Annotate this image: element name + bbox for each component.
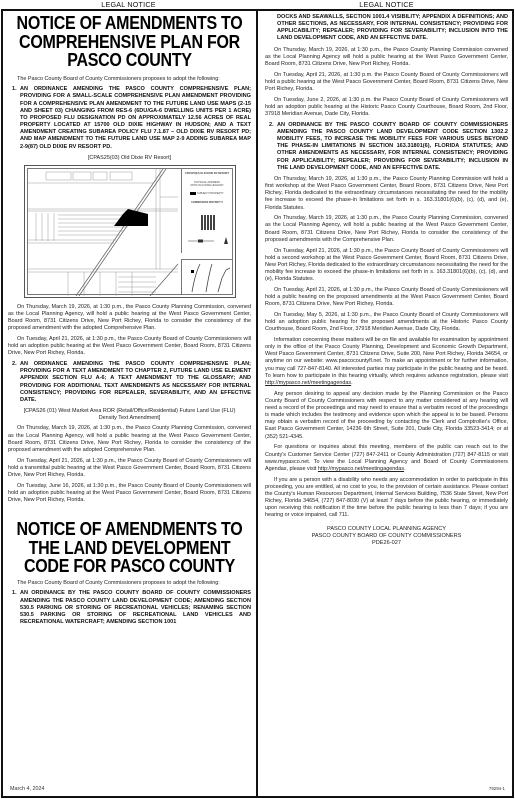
left-column: NOTICE OF AMENDMENTS TO COMPREHENSIVE PL… — [8, 12, 251, 782]
legal-notice-header-right: LEGAL NOTICE — [258, 0, 515, 9]
ldc-1-hearing-1: On Thursday, March 19, 2026, at 1:30 p.m… — [265, 47, 508, 68]
legal-notice-header-left: LEGAL NOTICE — [0, 0, 257, 9]
subject-property-map: CPAS25(03) OLD DIXIE RV RESORT PHYSICAL … — [24, 165, 236, 298]
ldc-ordinance-1-part-1: 1. AN ORDINANCE BY THE PASCO COUNTY BOAR… — [8, 590, 251, 626]
subject-property-parcel — [114, 209, 148, 226]
right-column: DOCKS AND SEAWALLS, SECTION 1001.4 VISIB… — [265, 12, 508, 782]
comp-plan-2-hearing-3: On Tuesday, June 16, 2026, at 1:30 p.m.,… — [8, 483, 251, 504]
land-development-code-title: NOTICE OF AMENDMENTS TO THE LAND DEVELOP… — [10, 520, 250, 576]
signature-block: PASCO COUNTY LOCAL PLANNING AGENCY PASCO… — [265, 526, 508, 547]
ad-code: 79294-1 — [489, 786, 505, 791]
ldc-1-hearing-3: On Tuesday, June 2, 2026, at 1:30 p.m. t… — [265, 97, 508, 118]
ldc-1-hearing-2: On Tuesday, April 21, 2026, at 1:30 p.m.… — [265, 72, 508, 93]
information-paragraph: Information concerning these matters wil… — [265, 337, 508, 387]
ldc-2-hearing-5: On Tuesday, May 5, 2026, at 1:30 p.m., t… — [265, 312, 508, 333]
comprehensive-plan-intro: The Pasco County Board of County Commiss… — [8, 76, 251, 83]
agendas-link[interactable]: http://mypasco.net/meetingagendas — [318, 466, 404, 472]
comp-plan-ordinance-2: 2. AN ORDINANCE AMENDING THE PASCO COUNT… — [8, 361, 251, 404]
qr-code-icon — [201, 215, 216, 230]
comp-plan-1-hearing-2: On Tuesday, April 21, 2026, at 1:30 p.m.… — [8, 336, 251, 357]
signature-line-2: PASCO COUNTY BOARD OF COUNTY COMMISSIONE… — [265, 533, 508, 540]
ldc-ordinance-1-text-part-1: AN ORDINANCE BY THE PASCO COUNTY BOARD O… — [20, 590, 251, 626]
comp-plan-1-hearing-1: On Thursday, March 19, 2026, at 1:30 p.m… — [8, 304, 251, 333]
ldc-2-hearing-3: On Tuesday, April 21, 2026, at 1:30 p.m.… — [265, 248, 508, 284]
ldc-ordinance-2-text: AN ORDINANCE BY THE PASCO COUNTY BOARD O… — [277, 122, 508, 172]
ldc-2-hearing-2: On Thursday, March 19, 2026, at 1:30 p.m… — [265, 215, 508, 244]
comp-plan-ordinance-1-caption: [CPAS25(03) Old Dixie RV Resort] — [8, 155, 251, 162]
subject-property-swatch — [190, 192, 196, 195]
scale-bar-and-north-arrow-icon — [186, 236, 230, 246]
map-legend: CPAS25(03) OLD DIXIE RV RESORT PHYSICAL … — [181, 168, 233, 253]
locator-inset-map — [181, 259, 233, 295]
ldc-2-hearing-4: On Tuesday, April 21, 2026, at 1:30 p.m.… — [265, 287, 508, 308]
land-development-code-intro: The Pasco County Board of County Commiss… — [8, 580, 251, 587]
ldc-ordinance-1-part-2: DOCKS AND SEAWALLS, SECTION 1001.4 VISIB… — [265, 14, 508, 43]
legal-notice-page: LEGAL NOTICE LEGAL NOTICE NOTICE OF AMEN… — [0, 0, 515, 799]
comp-plan-2-hearing-2: On Tuesday, April 21, 2026, at 1:30 p.m.… — [8, 458, 251, 479]
disability-paragraph: If you are a person with a disability wh… — [265, 477, 508, 520]
publication-date: March 4, 2024 — [10, 786, 44, 792]
appeal-paragraph: Any person desiring to appeal any decisi… — [265, 391, 508, 441]
comp-plan-ordinance-2-text: AN ORDINANCE AMENDING THE PASCO COUNTY C… — [20, 361, 251, 404]
comp-plan-ordinance-2-caption: [CPAS26 (01) West Market Area ROR (Retai… — [8, 408, 251, 422]
signature-line-3: PDE26-027 — [265, 540, 508, 547]
signature-line-1: PASCO COUNTY LOCAL PLANNING AGENCY — [265, 526, 508, 533]
column-divider — [256, 9, 258, 798]
ldc-ordinance-1-text-part-2: DOCKS AND SEAWALLS, SECTION 1001.4 VISIB… — [277, 14, 508, 43]
ldc-2-hearing-1: On Thursday, March 19, 2026, at 1:30 p.m… — [265, 176, 508, 212]
comp-plan-ordinance-1-text: AN ORDINANCE AMENDING THE PASCO COUNTY C… — [20, 86, 251, 150]
comprehensive-plan-title: NOTICE OF AMENDMENTS TO COMPREHENSIVE PL… — [10, 14, 250, 70]
comp-plan-ordinance-1: 1. AN ORDINANCE AMENDING THE PASCO COUNT… — [8, 86, 251, 150]
questions-paragraph: For questions or inquiries about this me… — [265, 444, 508, 473]
comp-plan-2-hearing-1: On Thursday, March 19, 2026, at 1:30 p.m… — [8, 425, 251, 454]
county-locator-icon — [182, 260, 232, 294]
ldc-ordinance-2: 2. AN ORDINANCE BY THE PASCO COUNTY BOAR… — [265, 122, 508, 172]
meeting-agendas-link[interactable]: http://mypasco.net/meetingagendas — [265, 380, 351, 386]
